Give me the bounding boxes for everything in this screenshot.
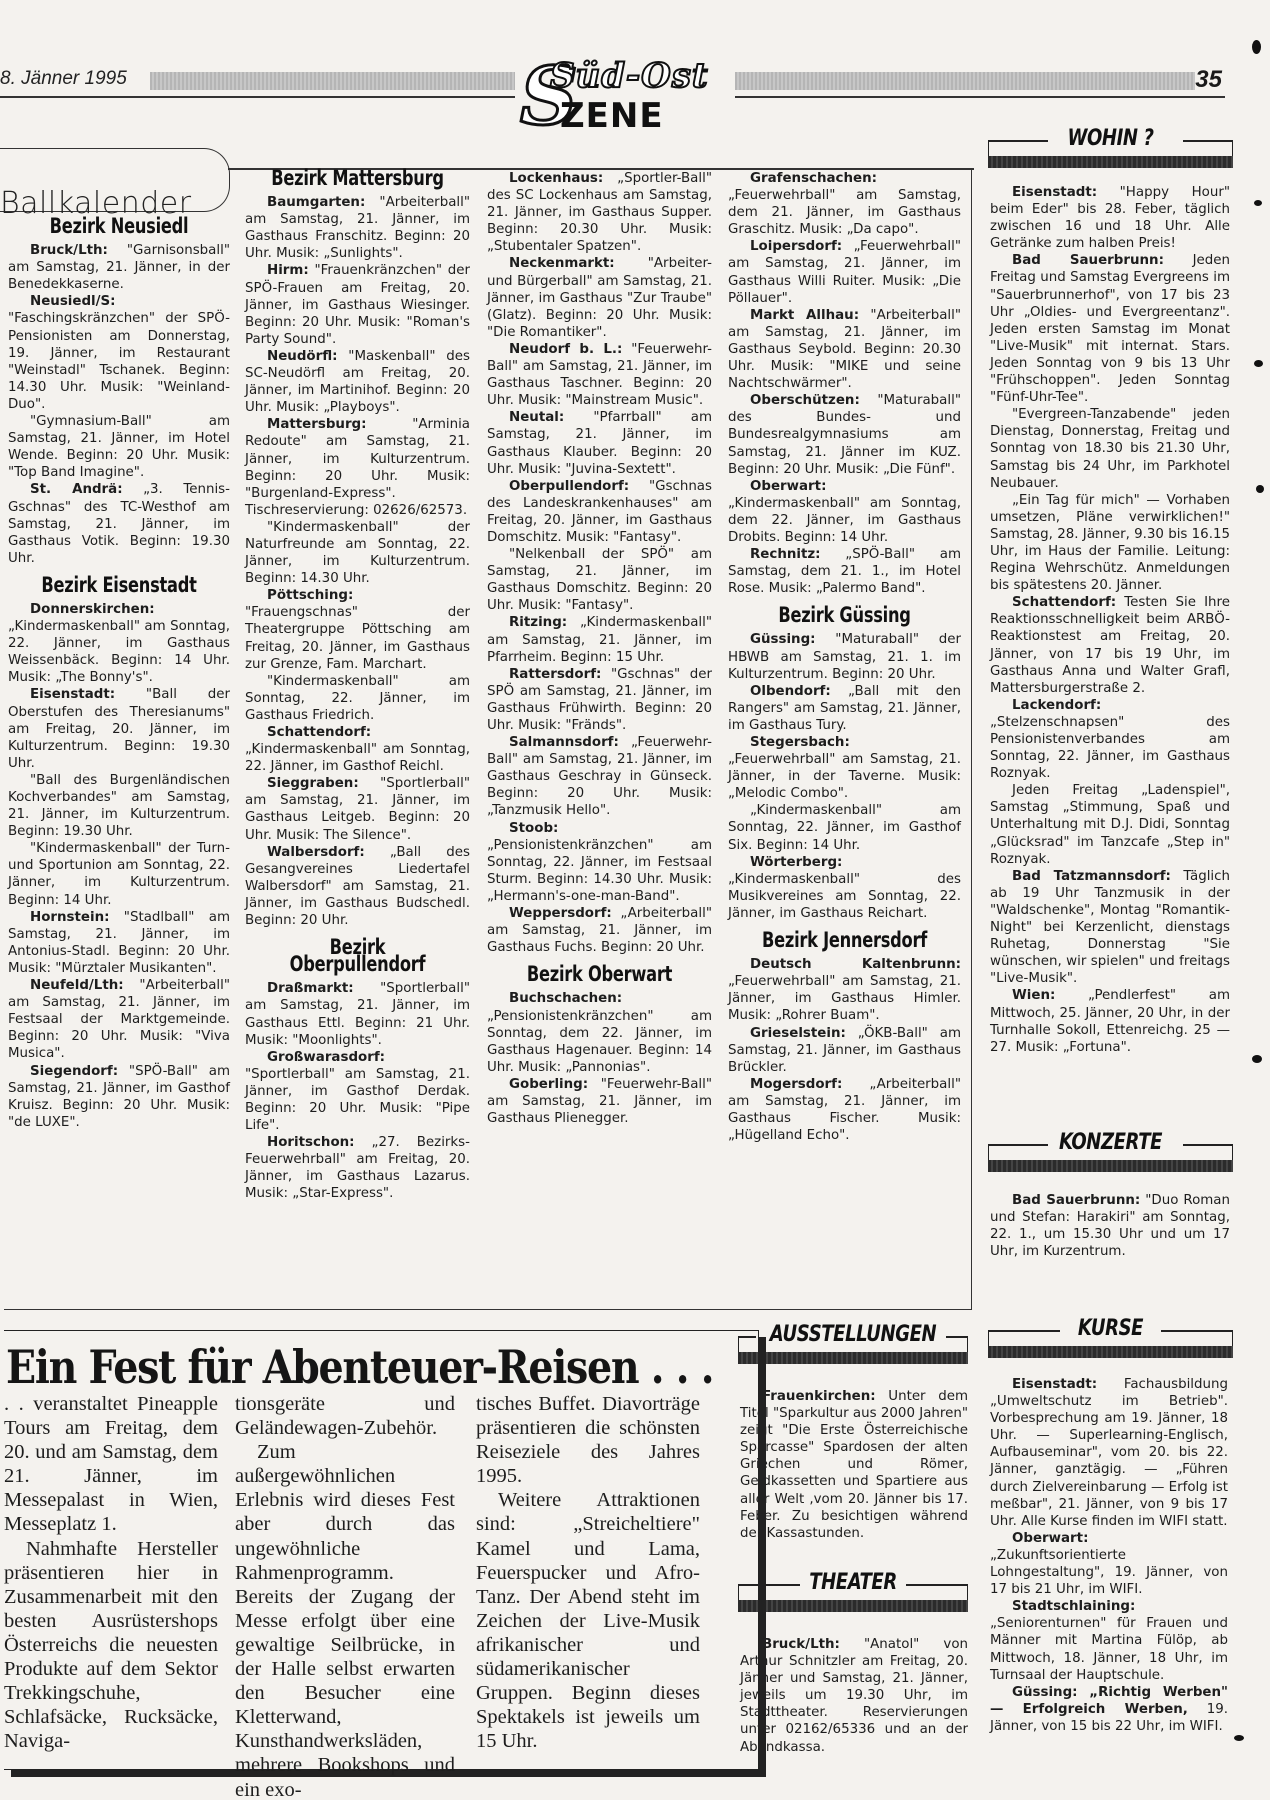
event-listing: Rechnitz: „SPÖ-Ball" am Samstag, dem 21.… bbox=[728, 546, 961, 597]
event-listing: Horitschon: „27. Bezirks-Feuerwehrball" … bbox=[245, 1134, 470, 1202]
article-paragraph: . . veranstaltet Pineapple Tours am Frei… bbox=[4, 1392, 218, 1537]
event-details: Testen Sie Ihre Reaktionsschnelligkeit b… bbox=[990, 595, 1230, 695]
event-listing: Jeden Freitag „Ladenspiel", Samstag „Sti… bbox=[990, 782, 1230, 867]
ausstellungen-title: AUSSTELLUNGEN bbox=[759, 1322, 948, 1347]
article-paragraph: tionsgeräte und Geländewagen-Zubehör. bbox=[235, 1392, 455, 1440]
event-listing: Lockenhaus: „Sportler-Ball" des SC Locke… bbox=[487, 170, 712, 255]
event-details: Unter dem Titel "Sparkultur aus 2000 Jah… bbox=[740, 1389, 968, 1541]
event-listing: Neudorf b. L.: "Feuerwehr-Ball" am Samst… bbox=[487, 341, 712, 409]
event-place: Wien: bbox=[1012, 988, 1055, 1003]
event-details: Jeden Freitag „Ladenspiel", Samstag „Sti… bbox=[990, 783, 1230, 866]
newspaper-page: 8. Jänner 1995 35 S Süd-Ost ZENE Ballkal… bbox=[0, 0, 1270, 1800]
event-place: Eisenstadt: bbox=[1012, 185, 1097, 200]
event-listing: Bruck/Lth: "Garnisonsball" am Samstag, 2… bbox=[8, 242, 230, 293]
event-listing: Neutal: "Pfarrball" am Samstag, 21. Jänn… bbox=[487, 409, 712, 477]
event-listing: Bad Tatzmannsdorf: Täglich ab 19 Uhr Tan… bbox=[990, 868, 1230, 988]
event-listing: Mogersdorf: „Arbeiterball" am Samstag, 2… bbox=[728, 1076, 961, 1144]
event-details: „Kindermaskenball" des Musikvereines am … bbox=[728, 872, 961, 921]
event-listing: Walbersdorf: „Ball des Gesangvereines Li… bbox=[245, 844, 470, 929]
event-listing: Pöttsching: "Frauengschnas" der Theaterg… bbox=[245, 587, 470, 672]
header-rule-left bbox=[0, 96, 515, 98]
header-bar-left bbox=[150, 72, 515, 90]
ballkalender-column-2: Bezirk MattersburgBaumgarten: "Arbeiterb… bbox=[245, 170, 470, 1203]
logo-bottom-text: ZENE bbox=[560, 96, 664, 136]
event-listing: Bad Sauerbrunn: "Duo Roman und Stefan: H… bbox=[990, 1192, 1230, 1260]
event-listing: "Kindermaskenball" der Turn- und Sportun… bbox=[8, 840, 230, 908]
event-details: Täglich ab 19 Uhr Tanzmusik in der "Wald… bbox=[990, 869, 1230, 987]
event-place: Salmannsdorf: bbox=[509, 735, 619, 750]
event-details: „Ein Tag für mich" — Vorhaben umsetzen, … bbox=[990, 493, 1230, 593]
event-listing: "Nelkenball der SPÖ" am Samstag, 21. Jän… bbox=[487, 546, 712, 614]
event-listing: Frauenkirchen: Unter dem Titel "Sparkult… bbox=[740, 1388, 968, 1542]
ausstellungen-list: Frauenkirchen: Unter dem Titel "Sparkult… bbox=[740, 1388, 968, 1542]
event-place: Pöttsching: bbox=[267, 588, 353, 603]
scan-mark bbox=[1256, 485, 1264, 493]
event-place: Grafenschachen: bbox=[750, 171, 877, 186]
district-heading: Bezirk Güssing bbox=[744, 607, 944, 624]
event-listing: Neckenmarkt: "Arbeiter- und Bürgerball" … bbox=[487, 255, 712, 340]
event-listing: "Gymnasium-Ball" am Samstag, 21. Jänner,… bbox=[8, 413, 230, 481]
event-place: Markt Allhau: bbox=[750, 308, 859, 323]
article-paragraph: tisches Buffet. Diavorträge präsentieren… bbox=[476, 1392, 700, 1488]
event-listing: Güssing: "Maturaball" der HBWB am Samsta… bbox=[728, 631, 961, 682]
event-place: Draßmarkt: bbox=[267, 981, 354, 996]
event-listing: "Kindermaskenball" am Sonntag, 22. Jänne… bbox=[245, 673, 470, 724]
event-details: „Feuerwehrball" am Samstag, 21. Jänner, … bbox=[728, 752, 961, 801]
scan-mark bbox=[1252, 1055, 1262, 1063]
event-listing: Neudörfl: "Maskenball" des SC-Neudörfl a… bbox=[245, 348, 470, 416]
event-listing: Hornstein: "Stadlball" am Samstag, 21. J… bbox=[8, 909, 230, 977]
ballkalender-column-1: Bezirk NeusiedlBruck/Lth: "Garnisonsball… bbox=[8, 218, 230, 1131]
kurse-list: Eisenstadt: Fachausbildung „Umweltschutz… bbox=[990, 1376, 1228, 1735]
event-place: Neusiedl/S: bbox=[30, 294, 116, 309]
event-place: Weppersdorf: bbox=[509, 906, 612, 921]
event-listing: Ritzing: „Kindermaskenball" am Samstag, … bbox=[487, 614, 712, 665]
event-place: Oberwart: bbox=[750, 479, 826, 494]
event-details: „Feuerwehrball" am Samstag, dem 21. Jänn… bbox=[728, 188, 961, 237]
district-heading: Bezirk Eisenstadt bbox=[24, 577, 215, 594]
event-details: „Pensionistenkränzchen" am Sonntag, dem … bbox=[487, 1009, 712, 1075]
event-listing: Grieselstein: „ÖKB-Ball" am Samstag, 21.… bbox=[728, 1025, 961, 1076]
scan-mark bbox=[1254, 360, 1263, 367]
event-place: Bad Sauerbrunn: bbox=[1012, 253, 1164, 268]
ballkalender-column-4: Grafenschachen: „Feuerwehrball" am Samst… bbox=[728, 170, 961, 1144]
event-listing: Weppersdorf: „Arbeiterball" am Samstag, … bbox=[487, 905, 712, 956]
district-heading: Bezirk Jennersdorf bbox=[744, 932, 944, 949]
event-place: Lackendorf: bbox=[1012, 698, 1101, 713]
page-number: 35 bbox=[1195, 66, 1222, 94]
issue-date: 8. Jänner 1995 bbox=[0, 68, 127, 90]
event-details: „Stelzenschnapsen" des Pensionistenverba… bbox=[990, 715, 1230, 781]
event-details: Fachausbildung „Umweltschutz im Betrieb"… bbox=[990, 1377, 1228, 1529]
event-place: Eisenstadt: bbox=[30, 687, 115, 702]
event-listing: Mattersburg: "Arminia Redoute" am Samsta… bbox=[245, 416, 470, 519]
event-listing: Schattendorf: „Kindermaskenball" am Sonn… bbox=[245, 724, 470, 775]
event-place: Schattendorf: bbox=[1012, 595, 1116, 610]
theater-list: Bruck/Lth: "Anatol" von Arthur Schnitzle… bbox=[740, 1636, 968, 1756]
event-details: "Kindermaskenball" der Naturfreunde am S… bbox=[245, 520, 470, 586]
event-place: Großwarasdorf: bbox=[267, 1050, 385, 1065]
event-listing: "Kindermaskenball" der Naturfreunde am S… bbox=[245, 519, 470, 587]
event-place: Oberwart: bbox=[1012, 1531, 1088, 1546]
event-place: Stegersbach: bbox=[750, 735, 850, 750]
event-listing: Stegersbach: „Feuerwehrball" am Samstag,… bbox=[728, 734, 961, 802]
event-place: Grieselstein: bbox=[750, 1026, 846, 1041]
event-details: „Feuerwehrball" am Samstag, 21. Jänner, … bbox=[728, 974, 961, 1023]
event-details: "Faschingskränzchen" der SPÖ-Pensioniste… bbox=[8, 311, 230, 411]
event-listing: Wien: „Pendlerfest" am Mittwoch, 25. Jän… bbox=[990, 987, 1230, 1055]
event-place: Walbersdorf: bbox=[267, 845, 365, 860]
event-place: Rechnitz: bbox=[750, 547, 821, 562]
event-listing: Loipersdorf: „Feuerwehrball" am Samstag,… bbox=[728, 238, 961, 306]
event-details: „Kindermaskenball" am Sonntag, 22. Jänne… bbox=[245, 742, 470, 774]
event-details: "Nelkenball der SPÖ" am Samstag, 21. Jän… bbox=[487, 547, 712, 613]
article-column-2: tionsgeräte und Geländewagen-Zubehör.Zum… bbox=[235, 1392, 455, 1800]
event-place: Frauenkirchen: bbox=[762, 1389, 876, 1404]
event-listing: Markt Allhau: "Arbeiterball" am Samstag,… bbox=[728, 307, 961, 392]
event-place: Bruck/Lth: bbox=[30, 243, 108, 258]
event-details: „Pensionistenkränzchen" am Sonntag, 22. … bbox=[487, 838, 712, 904]
event-details: "Evergreen-Tanzabende" jeden Dienstag, D… bbox=[990, 407, 1230, 490]
konzerte-list: Bad Sauerbrunn: "Duo Roman und Stefan: H… bbox=[990, 1192, 1230, 1260]
district-heading: Bezirk Mattersburg bbox=[261, 170, 455, 187]
event-listing: Donnerskirchen: „Kindermaskenball" am So… bbox=[8, 601, 230, 686]
event-listing: Bruck/Lth: "Anatol" von Arthur Schnitzle… bbox=[740, 1636, 968, 1756]
event-listing: Buchschachen: „Pensionistenkränzchen" am… bbox=[487, 990, 712, 1075]
event-place: Oberpullendorf: bbox=[509, 479, 629, 494]
event-place: Hirm: bbox=[267, 263, 309, 278]
event-listing: Draßmarkt: "Sportlerball" am Samstag, 21… bbox=[245, 980, 470, 1048]
event-details: „Kindermaskenball" am Sonntag, 22. Jänne… bbox=[728, 803, 961, 852]
konzerte-section-header: KONZERTE bbox=[988, 1130, 1233, 1174]
event-listing: Stadtschlaining: „Seniorenturnen" für Fr… bbox=[990, 1598, 1228, 1683]
event-place: Horitschon: bbox=[267, 1135, 355, 1150]
konzerte-title: KONZERTE bbox=[1010, 1130, 1211, 1155]
ausstellungen-section-header: AUSSTELLUNGEN bbox=[738, 1322, 968, 1366]
event-listing: Lackendorf: „Stelzenschnapsen" des Pensi… bbox=[990, 697, 1230, 782]
event-listing: "Evergreen-Tanzabende" jeden Dienstag, D… bbox=[990, 406, 1230, 491]
event-place: Buchschachen: bbox=[509, 991, 622, 1006]
event-place: Stoob: bbox=[509, 821, 558, 836]
kurse-section-header: KURSE bbox=[988, 1316, 1233, 1360]
event-details: "Anatol" von Arthur Schnitzler am Freita… bbox=[740, 1637, 968, 1755]
event-listing: St. Andrä: „3. Tennis-Gschnas" des TC-We… bbox=[8, 481, 230, 566]
event-place: Ritzing: bbox=[509, 615, 567, 630]
event-place: Bruck/Lth: bbox=[762, 1637, 840, 1652]
event-listing: „Ein Tag für mich" — Vorhaben umsetzen, … bbox=[990, 492, 1230, 595]
header-rule-right bbox=[735, 96, 1225, 98]
article-headline: Ein Fest für Abenteuer-Reisen . . . bbox=[6, 1340, 713, 1394]
event-listing: Deutsch Kaltenbrunn: „Feuerwehrball" am … bbox=[728, 956, 961, 1024]
event-listing: Großwarasdorf: "Sportlerball" am Samstag… bbox=[245, 1049, 470, 1134]
article-paragraph: Zum außergewöhnlichen Erlebnis wird dies… bbox=[235, 1440, 455, 1800]
logo-top-text: Süd-Ost bbox=[550, 56, 709, 96]
event-place: Sieggraben: bbox=[267, 776, 359, 791]
event-listing: Eisenstadt: "Happy Hour" beim Eder" bis … bbox=[990, 184, 1230, 252]
district-heading: Bezirk Oberpullendorf bbox=[261, 939, 455, 973]
event-details: "Kindermaskenball" der Turn- und Sportun… bbox=[8, 841, 230, 907]
event-place: Oberschützen: bbox=[750, 393, 860, 408]
event-details: "Arminia Redoute" am Samstag, 21. Jänner… bbox=[245, 417, 470, 517]
theater-section-header: THEATER bbox=[738, 1570, 968, 1614]
event-listing: Oberschützen: "Maturaball" des Bundes- u… bbox=[728, 392, 961, 477]
event-listing: Sieggraben: "Sportlerball" am Samstag, 2… bbox=[245, 775, 470, 843]
event-place: Lockenhaus: bbox=[509, 171, 603, 186]
district-heading: Bezirk Neusiedl bbox=[24, 218, 215, 235]
event-listing: Stoob: „Pensionistenkränzchen" am Sonnta… bbox=[487, 820, 712, 905]
event-place: Siegendorf: bbox=[30, 1064, 118, 1079]
ballkalender-column-3: Lockenhaus: „Sportler-Ball" des SC Locke… bbox=[487, 170, 712, 1127]
event-listing: Salmannsdorf: „Feuerwehr-Ball" am Samsta… bbox=[487, 734, 712, 819]
event-place: Hornstein: bbox=[30, 910, 109, 925]
event-place: Eisenstadt: bbox=[1012, 1377, 1097, 1392]
event-details: "Kindermaskenball" am Sonntag, 22. Jänne… bbox=[245, 674, 470, 723]
event-place: Neutal: bbox=[509, 410, 564, 425]
event-listing: Baumgarten: "Arbeiterball" am Samstag, 2… bbox=[245, 194, 470, 262]
event-listing: Wörterberg: „Kindermaskenball" des Musik… bbox=[728, 854, 961, 922]
event-listing: Rattersdorf: "Gschnas" der SPÖ am Samsta… bbox=[487, 666, 712, 734]
event-listing: Bad Sauerbrunn: Jeden Freitag und Samsta… bbox=[990, 252, 1230, 406]
event-place: Wörterberg: bbox=[750, 855, 842, 870]
event-details: „Zukunftsorientierte Lohngestaltung", 19… bbox=[990, 1548, 1228, 1597]
scan-mark bbox=[1254, 200, 1262, 206]
event-place: Goberling: bbox=[509, 1077, 588, 1092]
event-listing: Siegendorf: "SPÖ-Ball" am Samstag, 21. J… bbox=[8, 1063, 230, 1131]
wohin-list: Eisenstadt: "Happy Hour" beim Eder" bis … bbox=[990, 184, 1230, 1056]
event-place: Schattendorf: bbox=[267, 725, 371, 740]
article-column-1: . . veranstaltet Pineapple Tours am Frei… bbox=[4, 1392, 218, 1753]
scan-mark bbox=[1252, 40, 1261, 54]
article-column-3: tisches Buffet. Diavorträge präsentieren… bbox=[476, 1392, 700, 1753]
event-place: Baumgarten: bbox=[267, 195, 365, 210]
event-listing: Eisenstadt: Fachausbildung „Umweltschutz… bbox=[990, 1376, 1228, 1530]
event-listing: „Kindermaskenball" am Sonntag, 22. Jänne… bbox=[728, 802, 961, 853]
theater-title: THEATER bbox=[759, 1570, 948, 1595]
event-listing: Eisenstadt: "Ball der Oberstufen des The… bbox=[8, 686, 230, 771]
event-listing: Oberpullendorf: "Gschnas des Landeskrank… bbox=[487, 478, 712, 546]
event-place: Mogersdorf: bbox=[750, 1077, 842, 1092]
kurse-title: KURSE bbox=[1010, 1316, 1211, 1341]
event-details: „Kindermaskenball" am Sonntag, dem 22. J… bbox=[728, 496, 961, 545]
event-place: Neudorf b. L.: bbox=[509, 342, 622, 357]
event-place: Rattersdorf: bbox=[509, 667, 601, 682]
event-listing: Grafenschachen: „Feuerwehrball" am Samst… bbox=[728, 170, 961, 238]
event-place: Olbendorf: bbox=[750, 684, 831, 699]
event-details: "Ball des Burgenländischen Kochverbandes… bbox=[8, 773, 230, 839]
event-place: Neudörfl: bbox=[267, 349, 338, 364]
event-listing: Güssing: „Richtig Werben" — Erfolgreich … bbox=[990, 1684, 1228, 1735]
wohin-section-header: WOHIN ? bbox=[988, 126, 1233, 170]
event-details: „Seniorenturnen" für Frauen und Männer m… bbox=[990, 1616, 1228, 1682]
event-listing: "Ball des Burgenländischen Kochverbandes… bbox=[8, 772, 230, 840]
event-listing: Oberwart: „Kindermaskenball" am Sonntag,… bbox=[728, 478, 961, 546]
event-place: Neufeld/Lth: bbox=[30, 978, 124, 993]
event-details: "Gymnasium-Ball" am Samstag, 21. Jänner,… bbox=[8, 414, 230, 480]
event-listing: Goberling: "Feuerwehr-Ball" am Samstag, … bbox=[487, 1076, 712, 1127]
event-place: Bad Tatzmannsdorf: bbox=[1012, 869, 1171, 884]
event-place: Güssing: bbox=[750, 632, 816, 647]
event-details: "Frauengschnas" der Theatergruppe Pöttsc… bbox=[245, 605, 470, 671]
event-listing: Neusiedl/S: "Faschingskränzchen" der SPÖ… bbox=[8, 293, 230, 413]
article-paragraph: Nahmhafte Hersteller präsentieren hier i… bbox=[4, 1537, 218, 1754]
event-details: "Sportlerball" am Samstag, 21. Jänner, i… bbox=[245, 1067, 470, 1133]
event-place: Stadtschlaining: bbox=[1012, 1599, 1135, 1614]
event-place: Bad Sauerbrunn: bbox=[1012, 1193, 1140, 1208]
event-place: Neckenmarkt: bbox=[509, 256, 615, 271]
event-listing: Schattendorf: Testen Sie Ihre Reaktionss… bbox=[990, 594, 1230, 697]
event-listing: Olbendorf: „Ball mit den Rangers" am Sam… bbox=[728, 683, 961, 734]
event-place: Deutsch Kaltenbrunn: bbox=[750, 957, 961, 972]
header-bar-right bbox=[735, 72, 1195, 90]
event-listing: Oberwart: „Zukunftsorientierte Lohngesta… bbox=[990, 1530, 1228, 1598]
event-place: Loipersdorf: bbox=[750, 239, 842, 254]
event-place: St. Andrä: bbox=[30, 482, 123, 497]
event-place: Mattersburg: bbox=[267, 417, 366, 432]
event-listing: Neufeld/Lth: "Arbeiterball" am Samstag, … bbox=[8, 977, 230, 1062]
wohin-title: WOHIN ? bbox=[1010, 126, 1211, 151]
event-listing: Hirm: "Frauenkränzchen" der SPÖ-Frauen a… bbox=[245, 262, 470, 347]
sued-ost-szene-logo: S Süd-Ost ZENE bbox=[520, 56, 735, 146]
scan-mark bbox=[1234, 1735, 1244, 1741]
event-details: Jeden Freitag und Samstag Evergreens im … bbox=[990, 253, 1230, 405]
article-paragraph: Weitere Attraktionen sind: „Streicheltie… bbox=[476, 1488, 700, 1753]
event-details: „Kindermaskenball" am Sonntag, 22. Jänne… bbox=[8, 619, 230, 685]
district-heading: Bezirk Oberwart bbox=[503, 966, 697, 983]
event-place: Donnerskirchen: bbox=[30, 602, 155, 617]
